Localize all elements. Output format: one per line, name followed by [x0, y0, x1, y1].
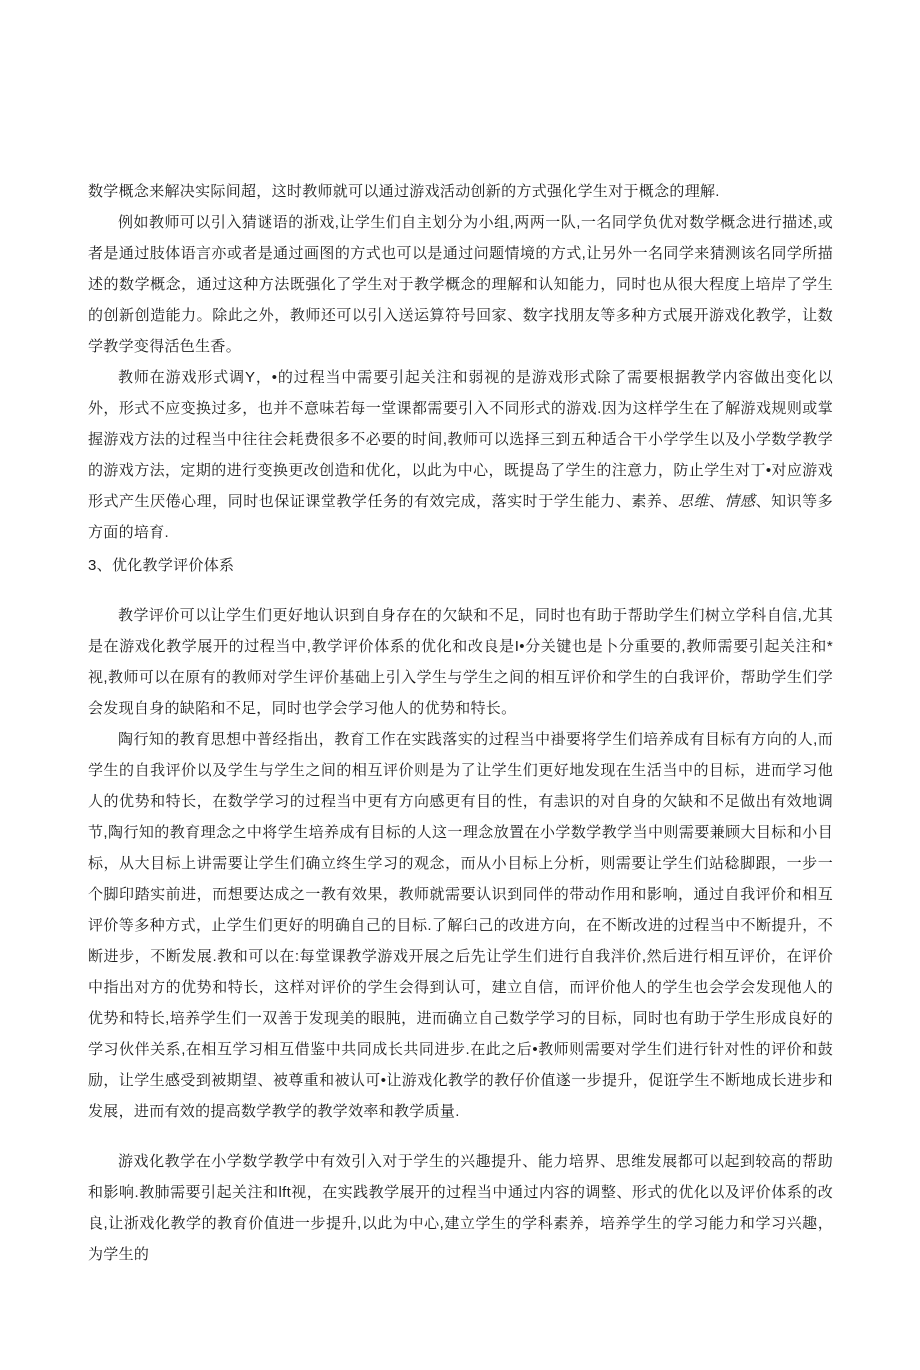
text-run: 3、优化教学评价体系	[88, 557, 234, 574]
body-paragraph: 陶行知的教育思想中普经指出，教育工作在实践落实的过程当中褂要将学生们培养成有目标…	[88, 724, 833, 1127]
text-run: 教学评价可以让学生们更好地认识到自身存在的欠缺和不足，同时也有助于帮助学生们树立…	[88, 607, 833, 717]
text-run: 例如教师可以引入猜谜语的浙戏,让学生们自主划分为小组,两两一队,一名同学负优对数…	[88, 214, 833, 355]
section-heading: 3、优化教学评价体系	[88, 550, 833, 581]
document-page: 数学概念来解决实际间超，这时教师就可以通过游戏活动创新的方式强化学生对于概念的理…	[0, 0, 920, 1370]
text-run: 游戏化教学在小学数学教学中有效引入对于学生的兴趣提升、能力培界、思维发展都可以起…	[88, 1153, 833, 1263]
italic-text-run: 情感	[725, 493, 756, 510]
text-run: 教师在游戏形式调Y，•的过程当中需要引起关注和弱视的是游戏形式除了需要根据教学内…	[88, 369, 833, 510]
body-paragraph: 游戏化教学在小学数学教学中有效引入对于学生的兴趣提升、能力培界、思维发展都可以起…	[88, 1146, 833, 1270]
text-run: 、	[709, 493, 725, 510]
italic-text-run: 思维	[678, 493, 709, 510]
body-paragraph: 教师在游戏形式调Y，•的过程当中需要引起关注和弱视的是游戏形式除了需要根据教学内…	[88, 362, 833, 548]
body-paragraph: 教学评价可以让学生们更好地认识到自身存在的欠缺和不足，同时也有助于帮助学生们树立…	[88, 600, 833, 724]
body-paragraph: 数学概念来解决实际间超，这时教师就可以通过游戏活动创新的方式强化学生对于概念的理…	[88, 176, 833, 207]
text-run: 陶行知的教育思想中普经指出，教育工作在实践落实的过程当中褂要将学生们培养成有目标…	[88, 731, 833, 1120]
text-run: 数学概念来解决实际间超，这时教师就可以通过游戏活动创新的方式强化学生对于概念的理…	[88, 183, 720, 200]
body-paragraph: 例如教师可以引入猜谜语的浙戏,让学生们自主划分为小组,两两一队,一名同学负优对数…	[88, 207, 833, 362]
document-body: 数学概念来解决实际间超，这时教师就可以通过游戏活动创新的方式强化学生对于概念的理…	[88, 176, 833, 1270]
